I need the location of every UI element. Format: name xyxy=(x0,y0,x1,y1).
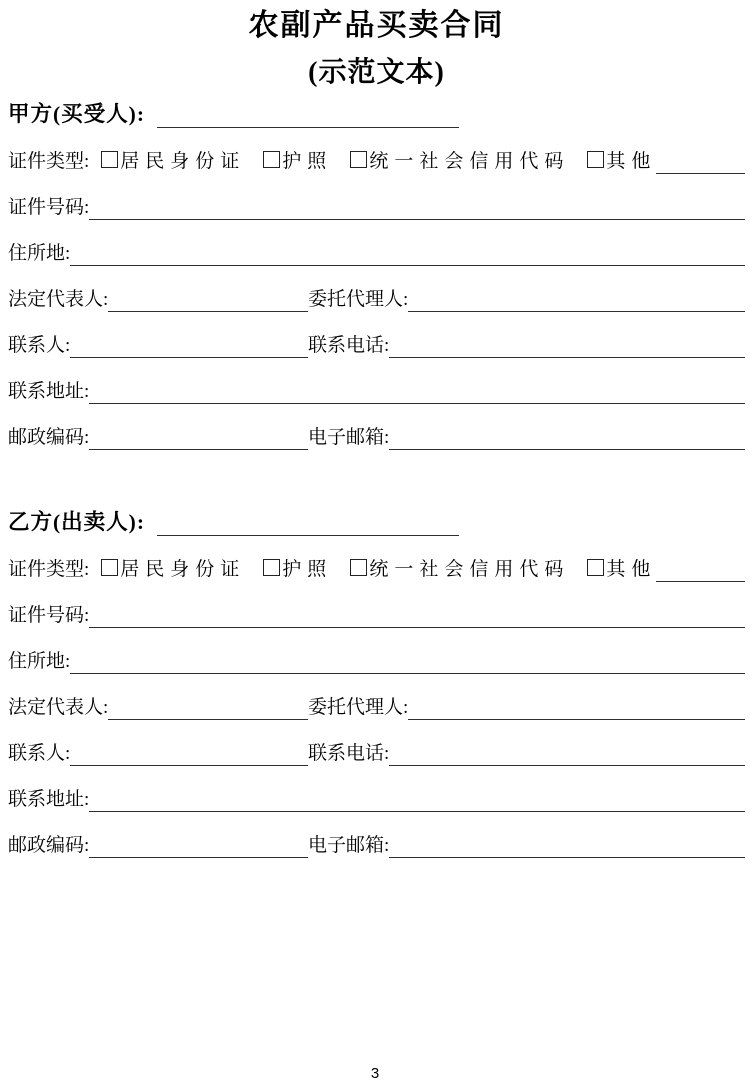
contact-person-blank[interactable] xyxy=(70,357,308,358)
cert-option-label: 护照 xyxy=(282,559,332,580)
legal-rep-blank[interactable] xyxy=(108,719,308,720)
residence-label: 住所地: xyxy=(8,650,70,673)
legal-rep-agent-row: 法定代表人: 委托代理人: xyxy=(8,266,745,312)
residence-row: 住所地: xyxy=(8,628,745,674)
party-a-section: 甲方(买受人): 证件类型: 居民身份证 护照 统一社会信用代码 其他 证件号码… xyxy=(8,102,745,450)
cert-option-uscc[interactable]: 统一社会信用代码 xyxy=(350,558,569,581)
document-subtitle: (示范文本) xyxy=(8,56,745,90)
party-a-heading: 甲方(买受人): xyxy=(8,102,145,128)
cert-number-label: 证件号码: xyxy=(8,196,89,219)
email-blank[interactable] xyxy=(389,449,745,450)
document-title: 农副产品买卖合同 xyxy=(8,8,745,44)
residence-blank[interactable] xyxy=(70,673,745,674)
entrusted-agent-blank[interactable] xyxy=(408,719,745,720)
contact-person-blank[interactable] xyxy=(70,765,308,766)
contact-person-phone-row: 联系人: 联系电话: xyxy=(8,312,745,358)
entrusted-agent-blank[interactable] xyxy=(408,311,745,312)
cert-option-label: 居民身份证 xyxy=(120,151,245,172)
cert-option-label: 其他 xyxy=(606,151,656,172)
party-b-heading: 乙方(出卖人): xyxy=(8,510,145,536)
contact-person-column: 联系人: xyxy=(8,334,308,357)
legal-rep-column: 法定代表人: xyxy=(8,696,308,719)
contact-address-row: 联系地址: xyxy=(8,358,745,404)
cert-option-label: 统一社会信用代码 xyxy=(369,559,569,580)
postal-code-label: 邮政编码: xyxy=(8,426,89,449)
entrusted-agent-label: 委托代理人: xyxy=(308,696,408,719)
contact-address-blank[interactable] xyxy=(89,403,745,404)
postal-email-row: 邮政编码: 电子邮箱: xyxy=(8,404,745,450)
cert-other-blank[interactable] xyxy=(656,173,745,174)
checkbox-icon[interactable] xyxy=(101,559,118,576)
cert-option-other[interactable]: 其他 xyxy=(587,150,656,173)
cert-option-uscc[interactable]: 统一社会信用代码 xyxy=(350,150,569,173)
contact-address-row: 联系地址: xyxy=(8,766,745,812)
page-number: 3 xyxy=(0,1065,750,1082)
checkbox-icon[interactable] xyxy=(350,151,367,168)
email-label: 电子邮箱: xyxy=(308,426,389,449)
postal-code-column: 邮政编码: xyxy=(8,834,308,857)
postal-code-column: 邮政编码: xyxy=(8,426,308,449)
cert-type-row: 证件类型: 居民身份证 护照 统一社会信用代码 其他 xyxy=(8,536,745,582)
cert-type-label: 证件类型: xyxy=(8,150,89,173)
contact-person-label: 联系人: xyxy=(8,742,70,765)
cert-number-row: 证件号码: xyxy=(8,174,745,220)
postal-email-row: 邮政编码: 电子邮箱: xyxy=(8,812,745,858)
cert-number-blank[interactable] xyxy=(89,219,745,220)
cert-option-passport[interactable]: 护照 xyxy=(263,558,332,581)
contract-page: 农副产品买卖合同 (示范文本) 甲方(买受人): 证件类型: 居民身份证 护照 … xyxy=(0,0,750,1092)
contact-person-column: 联系人: xyxy=(8,742,308,765)
legal-rep-agent-row: 法定代表人: 委托代理人: xyxy=(8,674,745,720)
contact-address-label: 联系地址: xyxy=(8,380,89,403)
entrusted-agent-label: 委托代理人: xyxy=(308,288,408,311)
party-a-heading-row: 甲方(买受人): xyxy=(8,102,745,128)
email-label: 电子邮箱: xyxy=(308,834,389,857)
email-blank[interactable] xyxy=(389,857,745,858)
cert-type-row: 证件类型: 居民身份证 护照 统一社会信用代码 其他 xyxy=(8,128,745,174)
residence-label: 住所地: xyxy=(8,242,70,265)
cert-option-label: 居民身份证 xyxy=(120,559,245,580)
cert-option-label: 其他 xyxy=(606,559,656,580)
legal-rep-label: 法定代表人: xyxy=(8,288,108,311)
cert-number-blank[interactable] xyxy=(89,627,745,628)
postal-code-blank[interactable] xyxy=(89,857,308,858)
contact-address-label: 联系地址: xyxy=(8,788,89,811)
contact-phone-label: 联系电话: xyxy=(308,742,389,765)
legal-rep-label: 法定代表人: xyxy=(8,696,108,719)
cert-option-other[interactable]: 其他 xyxy=(587,558,656,581)
checkbox-icon[interactable] xyxy=(350,559,367,576)
cert-option-passport[interactable]: 护照 xyxy=(263,150,332,173)
contact-person-phone-row: 联系人: 联系电话: xyxy=(8,720,745,766)
party-b-heading-row: 乙方(出卖人): xyxy=(8,496,745,536)
legal-rep-blank[interactable] xyxy=(108,311,308,312)
residence-blank[interactable] xyxy=(70,265,745,266)
party-b-name-blank[interactable] xyxy=(157,535,459,536)
cert-number-row: 证件号码: xyxy=(8,582,745,628)
residence-row: 住所地: xyxy=(8,220,745,266)
cert-option-label: 护照 xyxy=(282,151,332,172)
checkbox-icon[interactable] xyxy=(263,151,280,168)
postal-code-blank[interactable] xyxy=(89,449,308,450)
checkbox-icon[interactable] xyxy=(587,151,604,168)
checkbox-icon[interactable] xyxy=(263,559,280,576)
party-b-section: 乙方(出卖人): 证件类型: 居民身份证 护照 统一社会信用代码 其他 证件号码… xyxy=(8,496,745,858)
legal-rep-column: 法定代表人: xyxy=(8,288,308,311)
checkbox-icon[interactable] xyxy=(101,151,118,168)
cert-number-label: 证件号码: xyxy=(8,604,89,627)
contact-phone-blank[interactable] xyxy=(389,765,745,766)
cert-type-label: 证件类型: xyxy=(8,558,89,581)
cert-option-resident-id[interactable]: 居民身份证 xyxy=(101,558,245,581)
cert-option-resident-id[interactable]: 居民身份证 xyxy=(101,150,245,173)
contact-phone-label: 联系电话: xyxy=(308,334,389,357)
contact-person-label: 联系人: xyxy=(8,334,70,357)
postal-code-label: 邮政编码: xyxy=(8,834,89,857)
cert-other-blank[interactable] xyxy=(656,581,745,582)
party-a-name-blank[interactable] xyxy=(157,127,459,128)
checkbox-icon[interactable] xyxy=(587,559,604,576)
cert-option-label: 统一社会信用代码 xyxy=(369,151,569,172)
contact-address-blank[interactable] xyxy=(89,811,745,812)
contact-phone-blank[interactable] xyxy=(389,357,745,358)
